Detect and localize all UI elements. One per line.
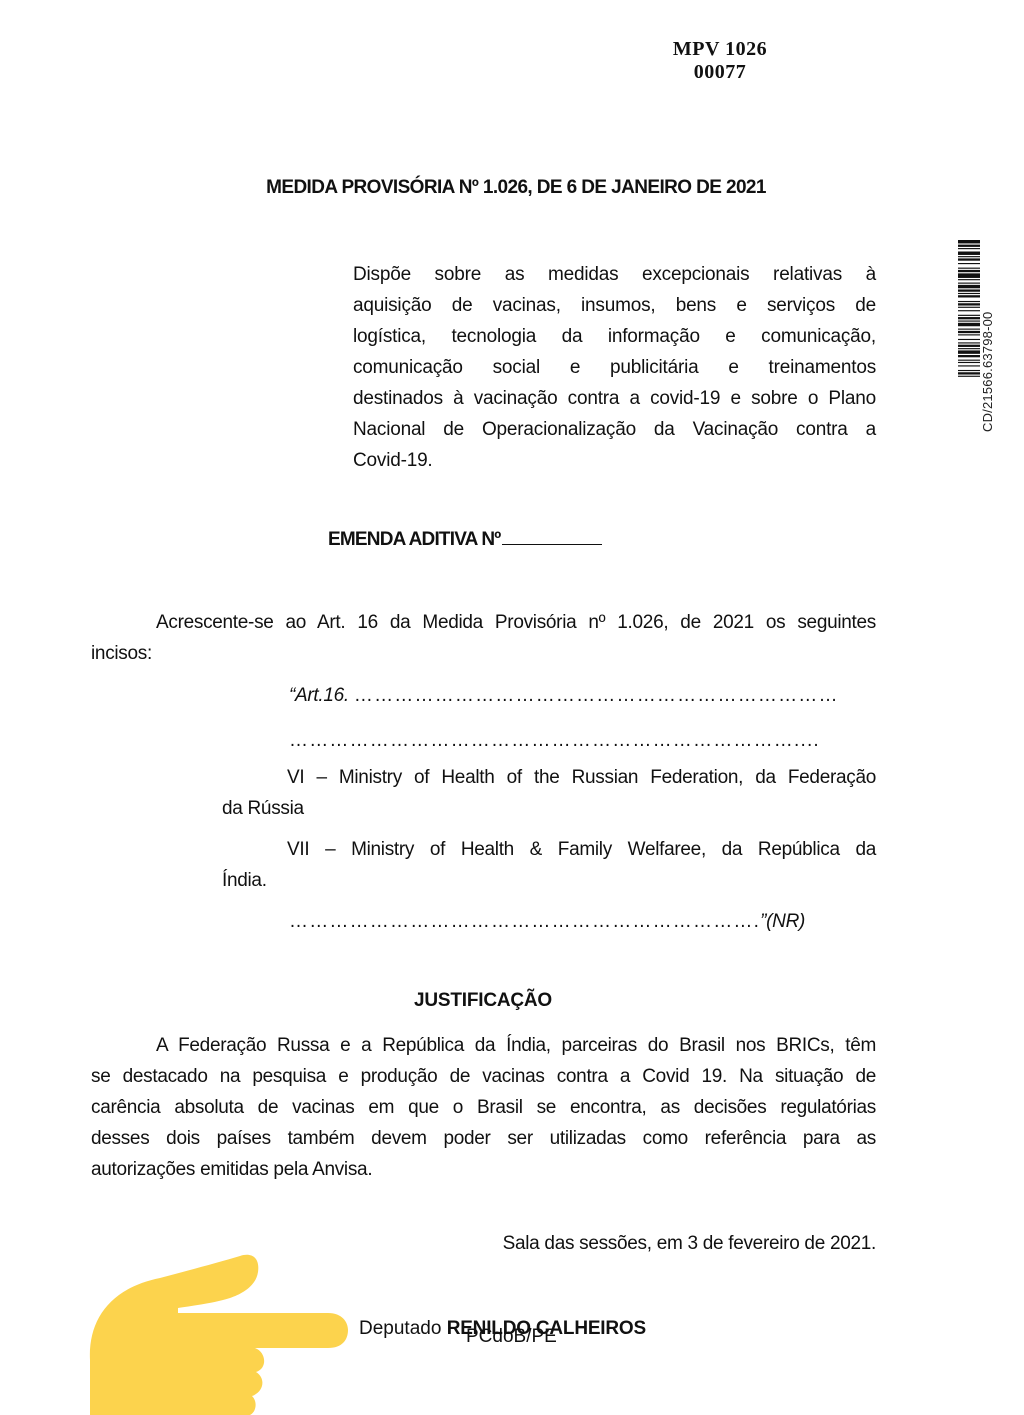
ementa-line: logística, tecnologia da informação e co…	[353, 321, 876, 352]
inciso-vii: VII – Ministry of Health & Family Welfar…	[222, 834, 876, 896]
party-label: PCdoB/PE	[466, 1326, 557, 1348]
ementa-line: destinados à vacinação contra a covid-19…	[353, 383, 876, 414]
stamp-number: 00077	[620, 61, 820, 84]
intro-line-2: incisos:	[91, 638, 876, 669]
document-stamp: MPV 1026 00077	[620, 38, 820, 84]
place-date: Sala das sessões, em 3 de fevereiro de 2…	[453, 1228, 876, 1259]
ementa-line: Covid-19.	[353, 445, 876, 476]
ementa-line: comunicação social e publicitária e trei…	[353, 352, 876, 383]
ementa: Dispõe sobre as medidas excepcionais rel…	[353, 259, 876, 476]
ementa-line: aquisição de vacinas, insumos, bens e se…	[353, 290, 876, 321]
inciso-vi: VI – Ministry of Health of the Russian F…	[222, 762, 876, 824]
article-dots-line: …………………………………………………………………....	[289, 725, 820, 756]
barcode-label: CD/21566.63798-00	[980, 312, 995, 433]
justificacao-paragraph: A Federação Russa e a República da Índia…	[91, 1030, 876, 1185]
intro-paragraph: Acrescente-se ao Art. 16 da Medida Provi…	[91, 607, 876, 669]
page-title: MEDIDA PROVISÓRIA Nº 1.026, DE 6 DE JANE…	[0, 177, 1024, 199]
stamp-mpv: MPV 1026	[620, 38, 820, 61]
article-closing: …………………………………………………………….”(NR)	[289, 906, 805, 937]
article-dots: ………………………………………………………………	[354, 685, 839, 706]
emenda-label: EMENDA ADITIVA Nº	[328, 529, 500, 550]
ementa-line: Dispõe sobre as medidas excepcionais rel…	[353, 259, 876, 290]
article-opening: “Art.16. ………………………………………………………………	[289, 680, 839, 711]
pointing-hand-icon	[80, 1250, 360, 1415]
emenda-heading: EMENDA ADITIVA Nº	[328, 526, 602, 551]
emenda-number-blank	[502, 526, 602, 545]
justificacao-title: JUSTIFICAÇÃO	[0, 990, 966, 1012]
barcode-icon	[958, 240, 980, 490]
ementa-line: Nacional de Operacionalização da Vacinaç…	[353, 414, 876, 445]
signatory-title: Deputado	[359, 1318, 441, 1339]
intro-line-1: Acrescente-se ao Art. 16 da Medida Provi…	[91, 607, 876, 638]
nr-mark: ”(NR)	[760, 911, 805, 932]
